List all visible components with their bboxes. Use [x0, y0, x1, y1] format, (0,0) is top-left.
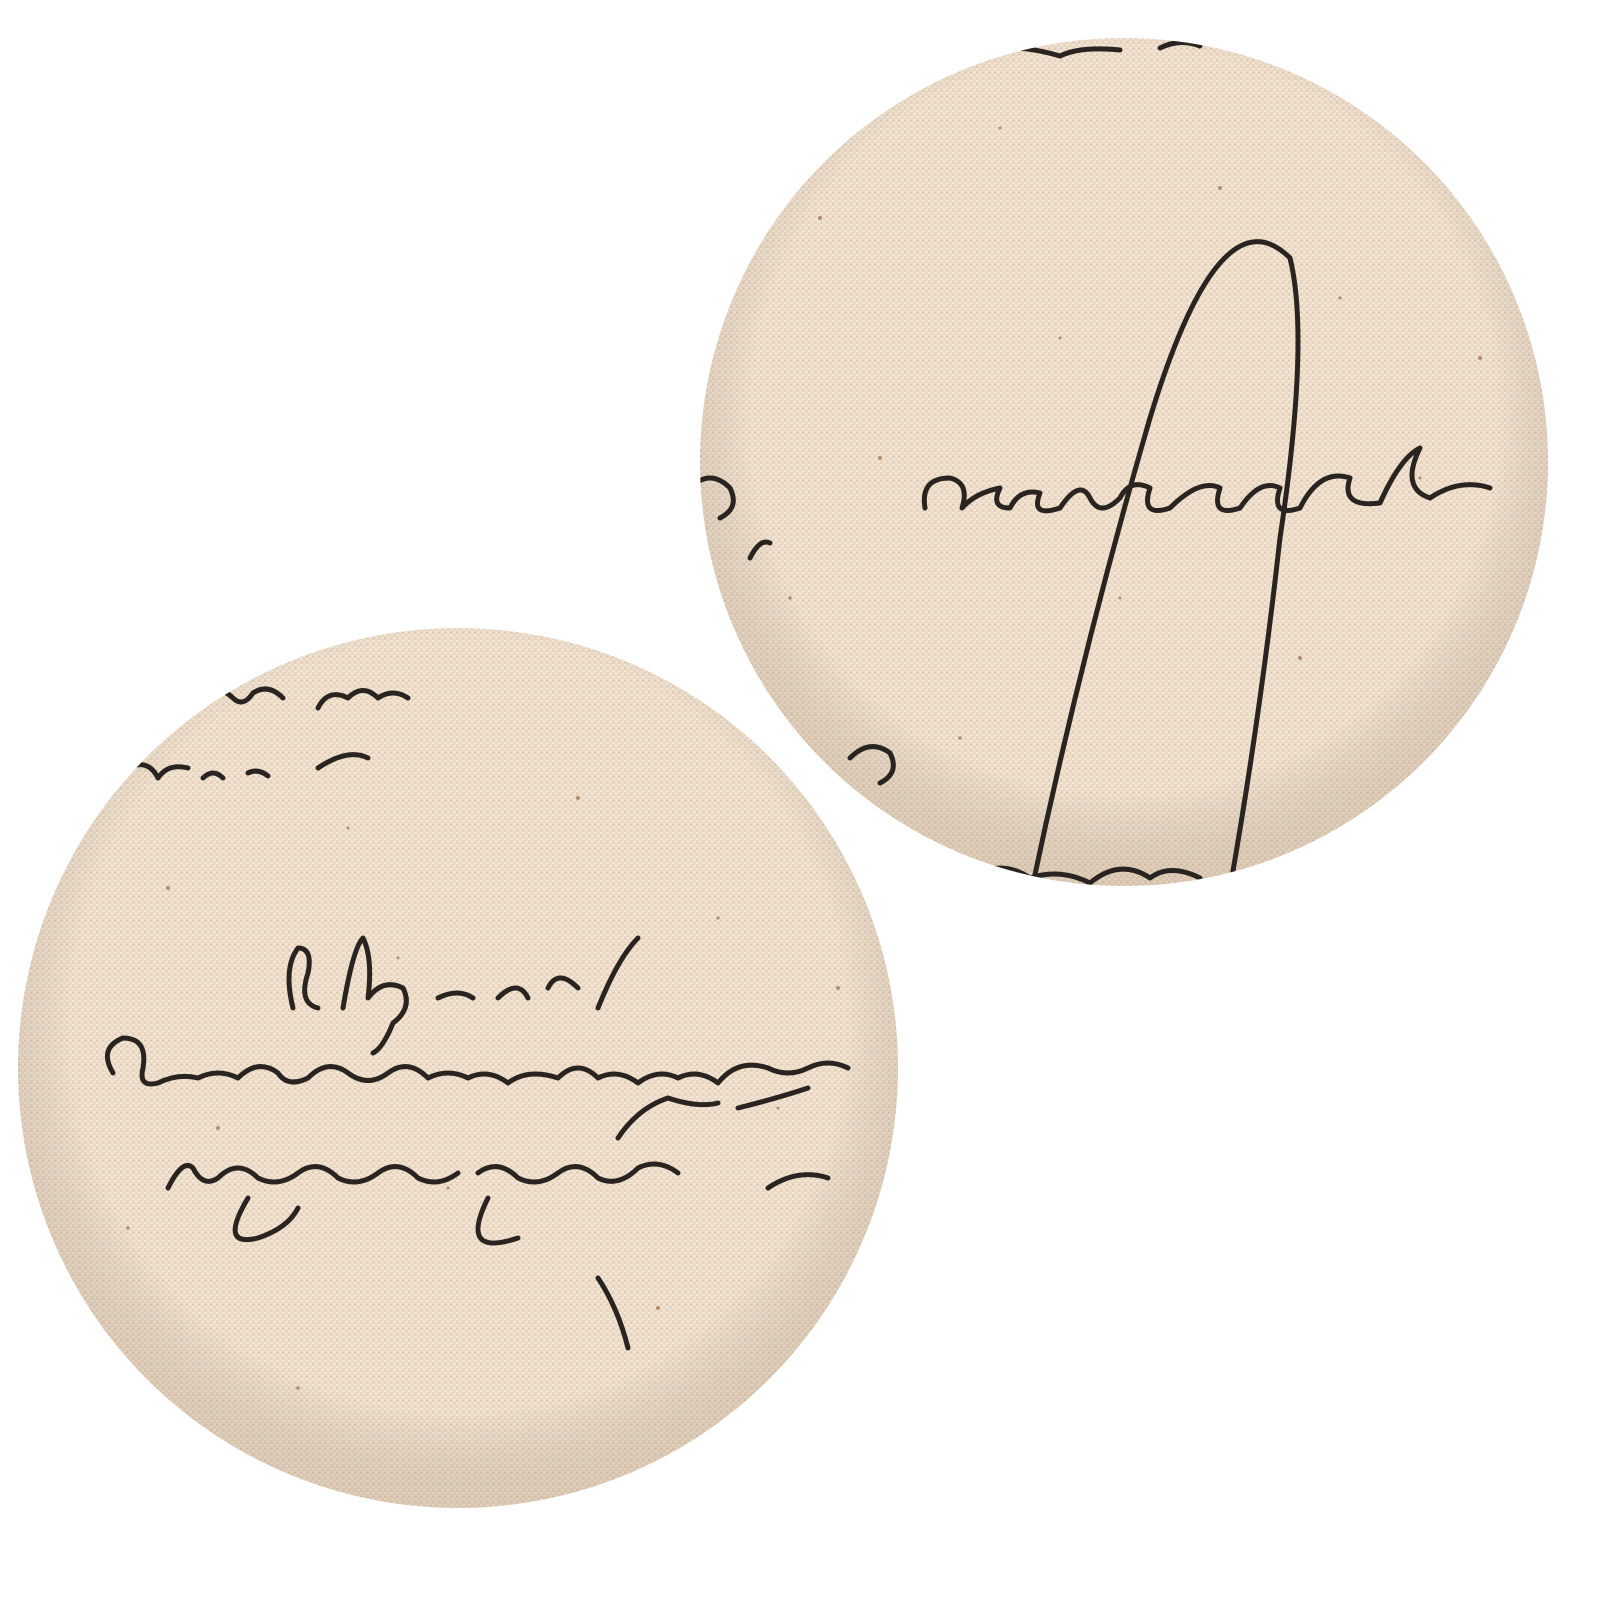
linen-disc-bottom-left [18, 628, 898, 1508]
linen-texture-bottom [18, 628, 898, 1508]
